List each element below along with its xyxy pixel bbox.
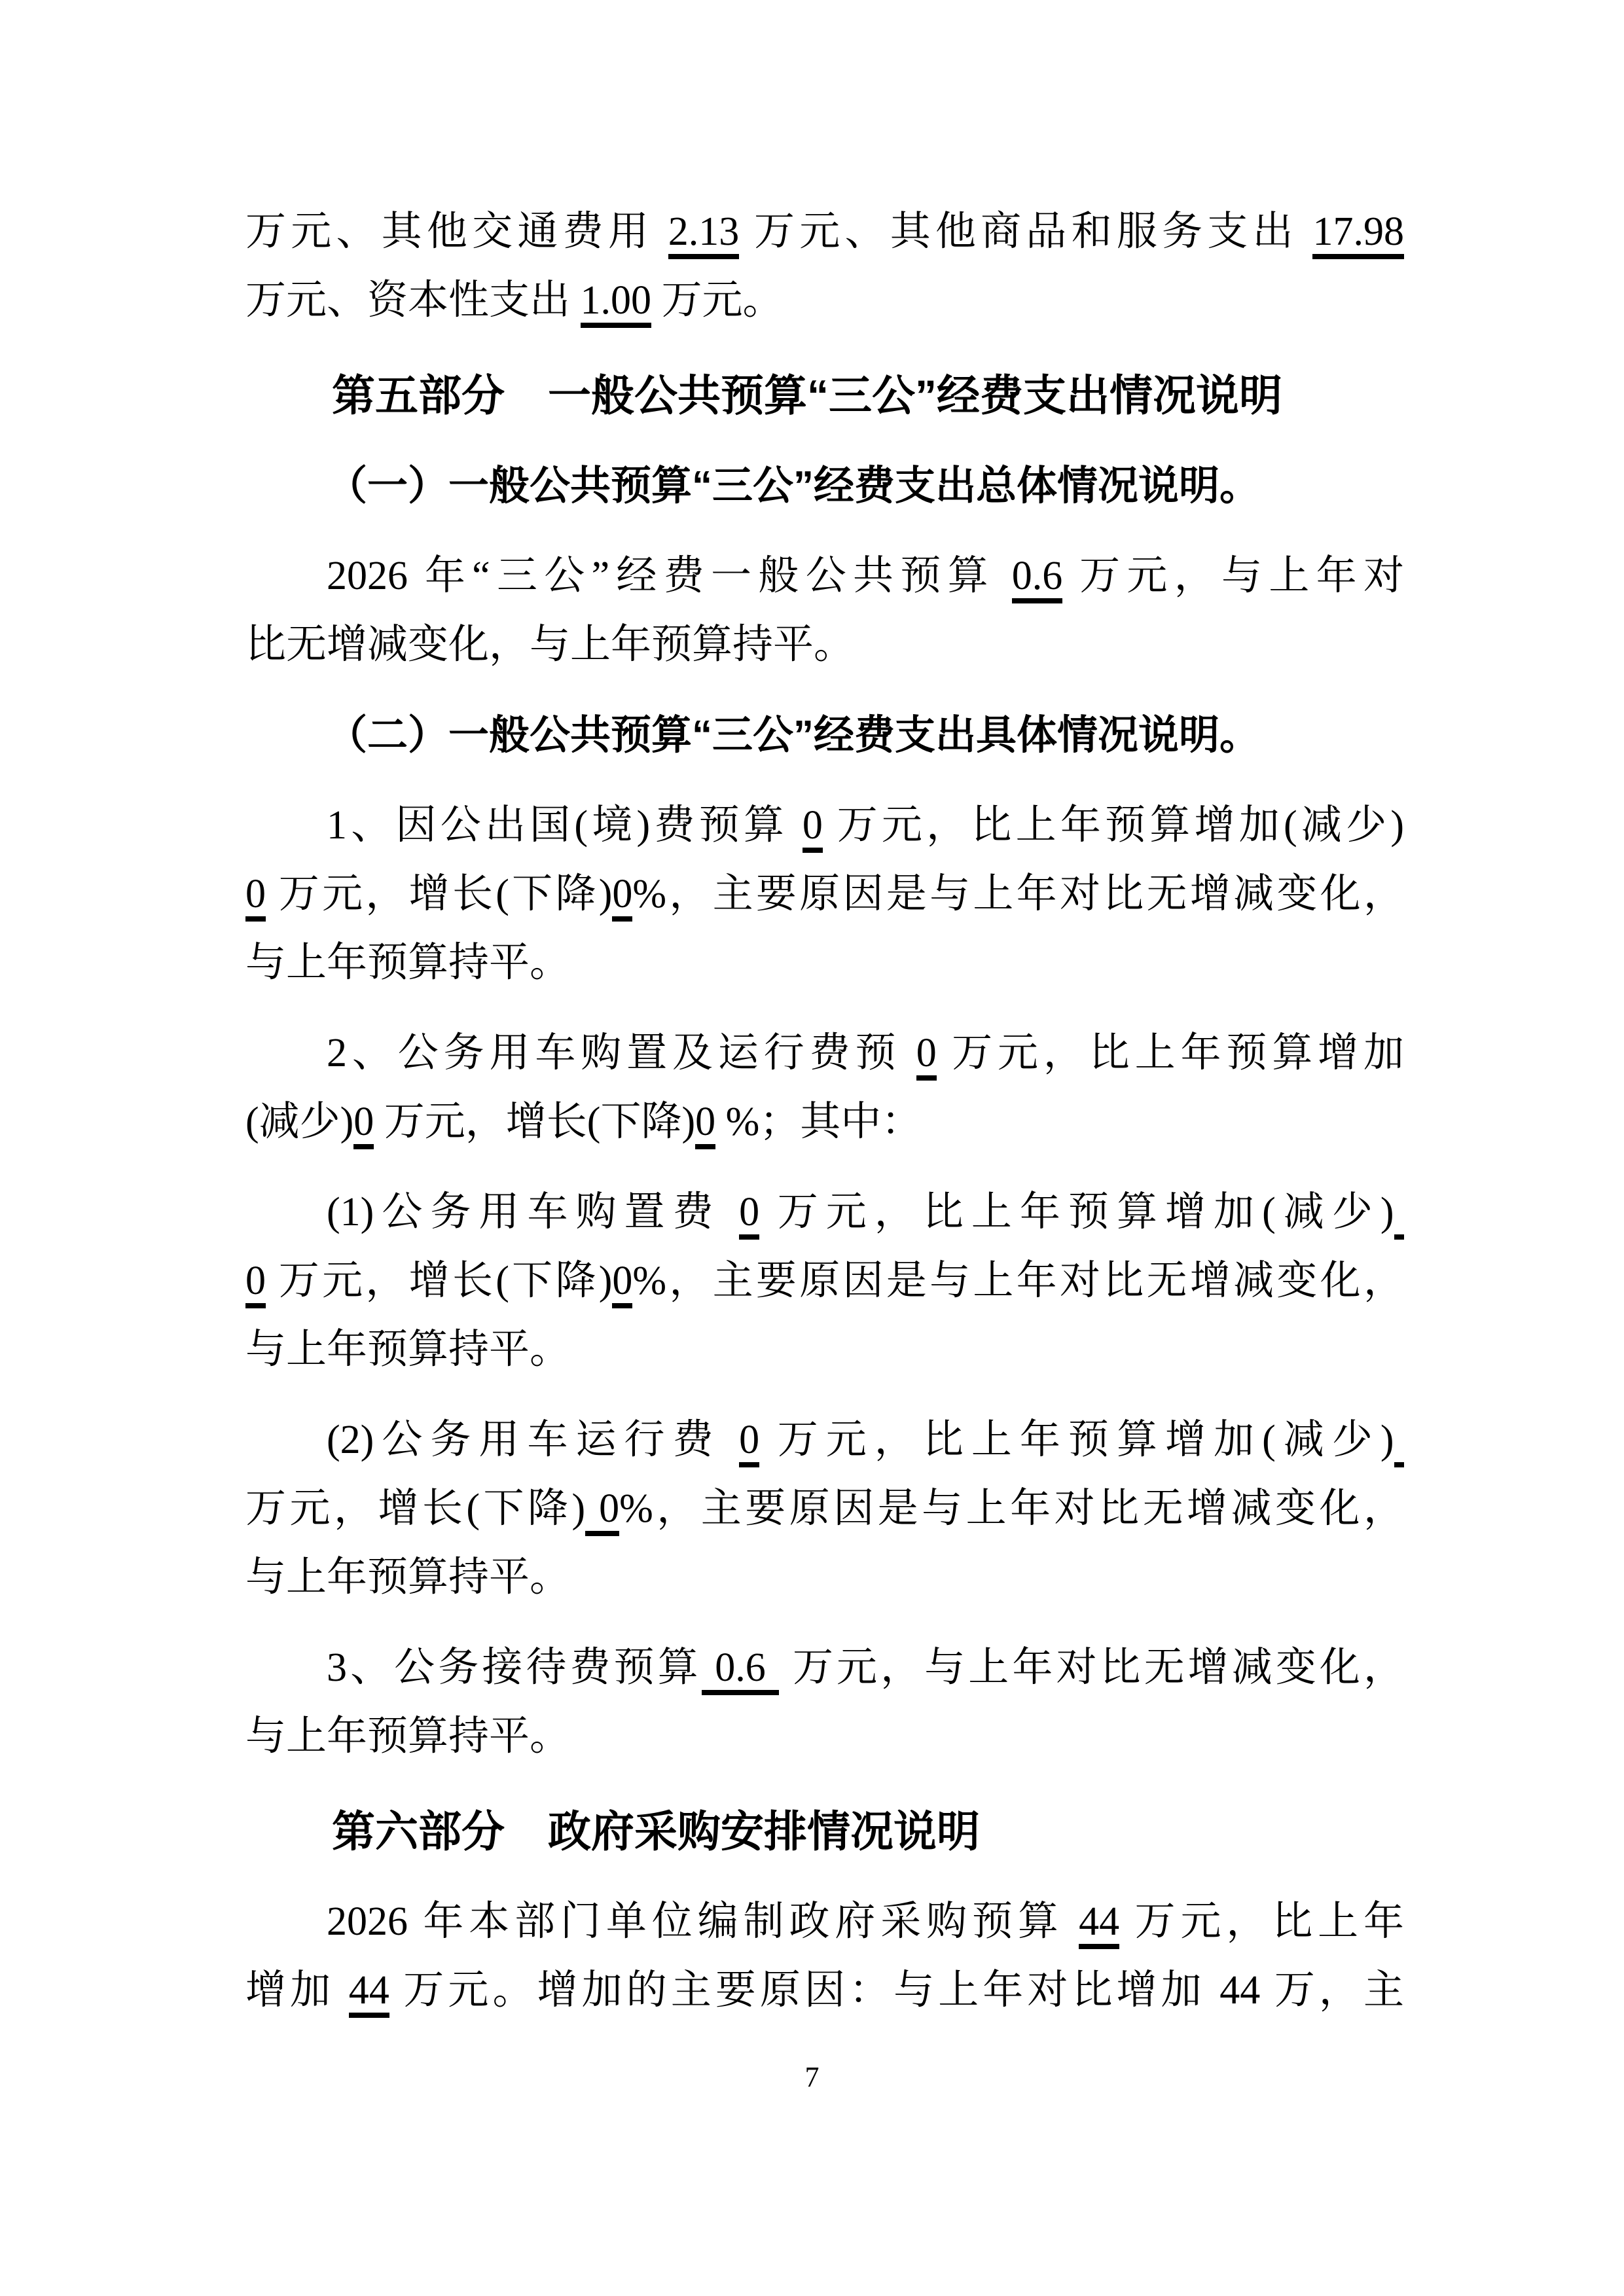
text-run: 万元，比上年预算增加(减少) — [759, 1418, 1394, 1462]
text-run: 万元、其他商品和服务支出 — [739, 209, 1312, 254]
text-run: %，主要原因是与上年对比无增减变化， — [619, 1486, 1404, 1531]
text-line: 2026 年本部门单位编制政府采购预算 44 万元，比上年 — [245, 1888, 1404, 1956]
text-line: (减少)0 万元，增长(下降)0 %；其中： — [245, 1088, 1404, 1157]
underlined-value: 0.6 — [1012, 554, 1063, 603]
text-run: 增加 — [245, 1968, 349, 2013]
paragraph: 2026 年“三公”经费一般公共预算 0.6 万元，与上年对比无增减变化，与上年… — [245, 542, 1404, 679]
text-run: 万元。增加的主要原因：与上年对比增加 44 万，主 — [389, 1968, 1404, 2013]
underlined-value: 0 — [739, 1418, 759, 1467]
underlined-value: 0 — [245, 872, 266, 922]
text-run: (2)公务用车运行费 — [327, 1418, 739, 1462]
underlined-value: 1.00 — [581, 278, 652, 328]
text-run: 与上年预算持平。 — [245, 941, 570, 985]
underlined-value: 44 — [349, 1968, 389, 2018]
text-run: 万元，增长(下降) — [266, 1259, 612, 1303]
section-heading: 第六部分 政府采购安排情况说明 — [245, 1797, 1404, 1866]
underlined-value: 2.13 — [668, 209, 740, 259]
text-line: 2026 年“三公”经费一般公共预算 0.6 万元，与上年对 — [245, 542, 1404, 611]
underlined-value: 0 — [803, 803, 823, 853]
page-number: 7 — [0, 2061, 1624, 2094]
text-run: 万元，比上年 — [1119, 1899, 1404, 1944]
text-line: 与上年预算持平。 — [245, 1316, 1404, 1384]
underlined-value: 0 — [916, 1031, 937, 1081]
text-line: 0 万元，增长(下降)0%，主要原因是与上年对比无增减变化， — [245, 860, 1404, 929]
text-run: %，主要原因是与上年对比无增减变化， — [632, 872, 1404, 916]
underlined-value: 0 — [353, 1100, 374, 1149]
paragraph: 3、公务接待费预算 0.6 万元，与上年对比无增减变化，与上年预算持平。 — [245, 1634, 1404, 1771]
paragraph: 2、公务用车购置及运行费预 0 万元，比上年预算增加(减少)0 万元，增长(下降… — [245, 1019, 1404, 1157]
underlined-value — [1394, 1190, 1405, 1240]
text-line: 与上年预算持平。 — [245, 1543, 1404, 1612]
underlined-value: 0 — [245, 1259, 266, 1308]
text-run: 万元，与上年对比无增减变化， — [779, 1645, 1404, 1690]
paragraph: 1、因公出国(境)费预算 0 万元，比上年预算增加(减少)0 万元，增长(下降)… — [245, 791, 1404, 997]
underlined-value: 0 — [739, 1190, 759, 1240]
text-line: 3、公务接待费预算 0.6 万元，与上年对比无增减变化， — [245, 1634, 1404, 1702]
text-line: 万元、资本性支出 1.00 万元。 — [245, 266, 1404, 335]
underlined-value: 0 — [695, 1100, 715, 1149]
text-line: 比无增减变化，与上年预算持平。 — [245, 611, 1404, 679]
text-run: %，主要原因是与上年对比无增减变化， — [632, 1259, 1404, 1303]
text-run: 万元、其他交通费用 — [245, 209, 668, 254]
text-line: 1、因公出国(境)费预算 0 万元，比上年预算增加(减少) — [245, 791, 1404, 860]
text-run: 比无增减变化，与上年预算持平。 — [245, 622, 854, 667]
text-run: 与上年预算持平。 — [245, 1714, 570, 1759]
text-line: 2、公务用车购置及运行费预 0 万元，比上年预算增加 — [245, 1019, 1404, 1088]
text-line: (1)公务用车购置费 0 万元，比上年预算增加(减少) — [245, 1178, 1404, 1247]
text-line: (2)公务用车运行费 0 万元，比上年预算增加(减少) — [245, 1406, 1404, 1475]
text-run: 2、公务用车购置及运行费预 — [327, 1031, 916, 1075]
text-line: 与上年预算持平。 — [245, 929, 1404, 997]
text-run: 与上年预算持平。 — [245, 1327, 570, 1372]
underlined-value: 0 — [612, 1259, 632, 1308]
document-content: 万元、其他交通费用 2.13 万元、其他商品和服务支出 17.98万元、资本性支… — [0, 0, 1624, 2025]
paragraph: (2)公务用车运行费 0 万元，比上年预算增加(减少) 万元，增长(下降) 0%… — [245, 1406, 1404, 1612]
text-run: 万元，增长(下降) — [374, 1100, 695, 1144]
text-run: 万元，比上年预算增加 — [937, 1031, 1404, 1075]
text-line: 万元，增长(下降) 0%，主要原因是与上年对比无增减变化， — [245, 1475, 1404, 1543]
paragraph: 万元、其他交通费用 2.13 万元、其他商品和服务支出 17.98万元、资本性支… — [245, 198, 1404, 335]
text-run: 万元，比上年预算增加(减少) — [759, 1190, 1394, 1234]
underlined-value — [1394, 1418, 1405, 1467]
text-run: (减少) — [245, 1100, 353, 1144]
text-line: 0 万元，增长(下降)0%，主要原因是与上年对比无增减变化， — [245, 1247, 1404, 1316]
text-run: 2026 年本部门单位编制政府采购预算 — [327, 1899, 1079, 1944]
underlined-value: 44 — [1079, 1899, 1119, 1949]
text-run: 1、因公出国(境)费预算 — [327, 803, 803, 848]
paragraph: (1)公务用车购置费 0 万元，比上年预算增加(减少) 0 万元，增长(下降)0… — [245, 1178, 1404, 1384]
text-line: 万元、其他交通费用 2.13 万元、其他商品和服务支出 17.98 — [245, 198, 1404, 266]
text-run: 万元、资本性支出 — [245, 278, 581, 323]
underlined-value: 0 — [585, 1486, 619, 1536]
text-run: 3、公务接待费预算 — [327, 1645, 702, 1690]
text-run: 万元。 — [651, 278, 784, 323]
text-run: 万元，与上年对 — [1062, 554, 1404, 598]
underlined-value: 0.6 — [702, 1645, 780, 1695]
document-page: 万元、其他交通费用 2.13 万元、其他商品和服务支出 17.98万元、资本性支… — [0, 0, 1624, 2296]
underlined-value: 0 — [612, 872, 632, 922]
text-run: 与上年预算持平。 — [245, 1555, 570, 1600]
text-run: (1)公务用车购置费 — [327, 1190, 739, 1234]
paragraph: 2026 年本部门单位编制政府采购预算 44 万元，比上年增加 44 万元。增加… — [245, 1888, 1404, 2025]
section-heading: （二）一般公共预算“三公”经费支出具体情况说明。 — [245, 701, 1404, 770]
underlined-value: 17.98 — [1312, 209, 1404, 259]
text-run: 2026 年“三公”经费一般公共预算 — [327, 554, 1012, 598]
section-heading: 第五部分 一般公共预算“三公”经费支出情况说明 — [245, 361, 1404, 430]
text-run: 万元，增长(下降) — [245, 1486, 585, 1531]
text-run: 万元，比上年预算增加(减少) — [823, 803, 1404, 848]
section-heading: （一）一般公共预算“三公”经费支出总体情况说明。 — [245, 452, 1404, 520]
text-line: 增加 44 万元。增加的主要原因：与上年对比增加 44 万，主 — [245, 1956, 1404, 2025]
text-run: 万元，增长(下降) — [266, 872, 612, 916]
text-run: %；其中： — [715, 1100, 922, 1144]
text-line: 与上年预算持平。 — [245, 1702, 1404, 1771]
